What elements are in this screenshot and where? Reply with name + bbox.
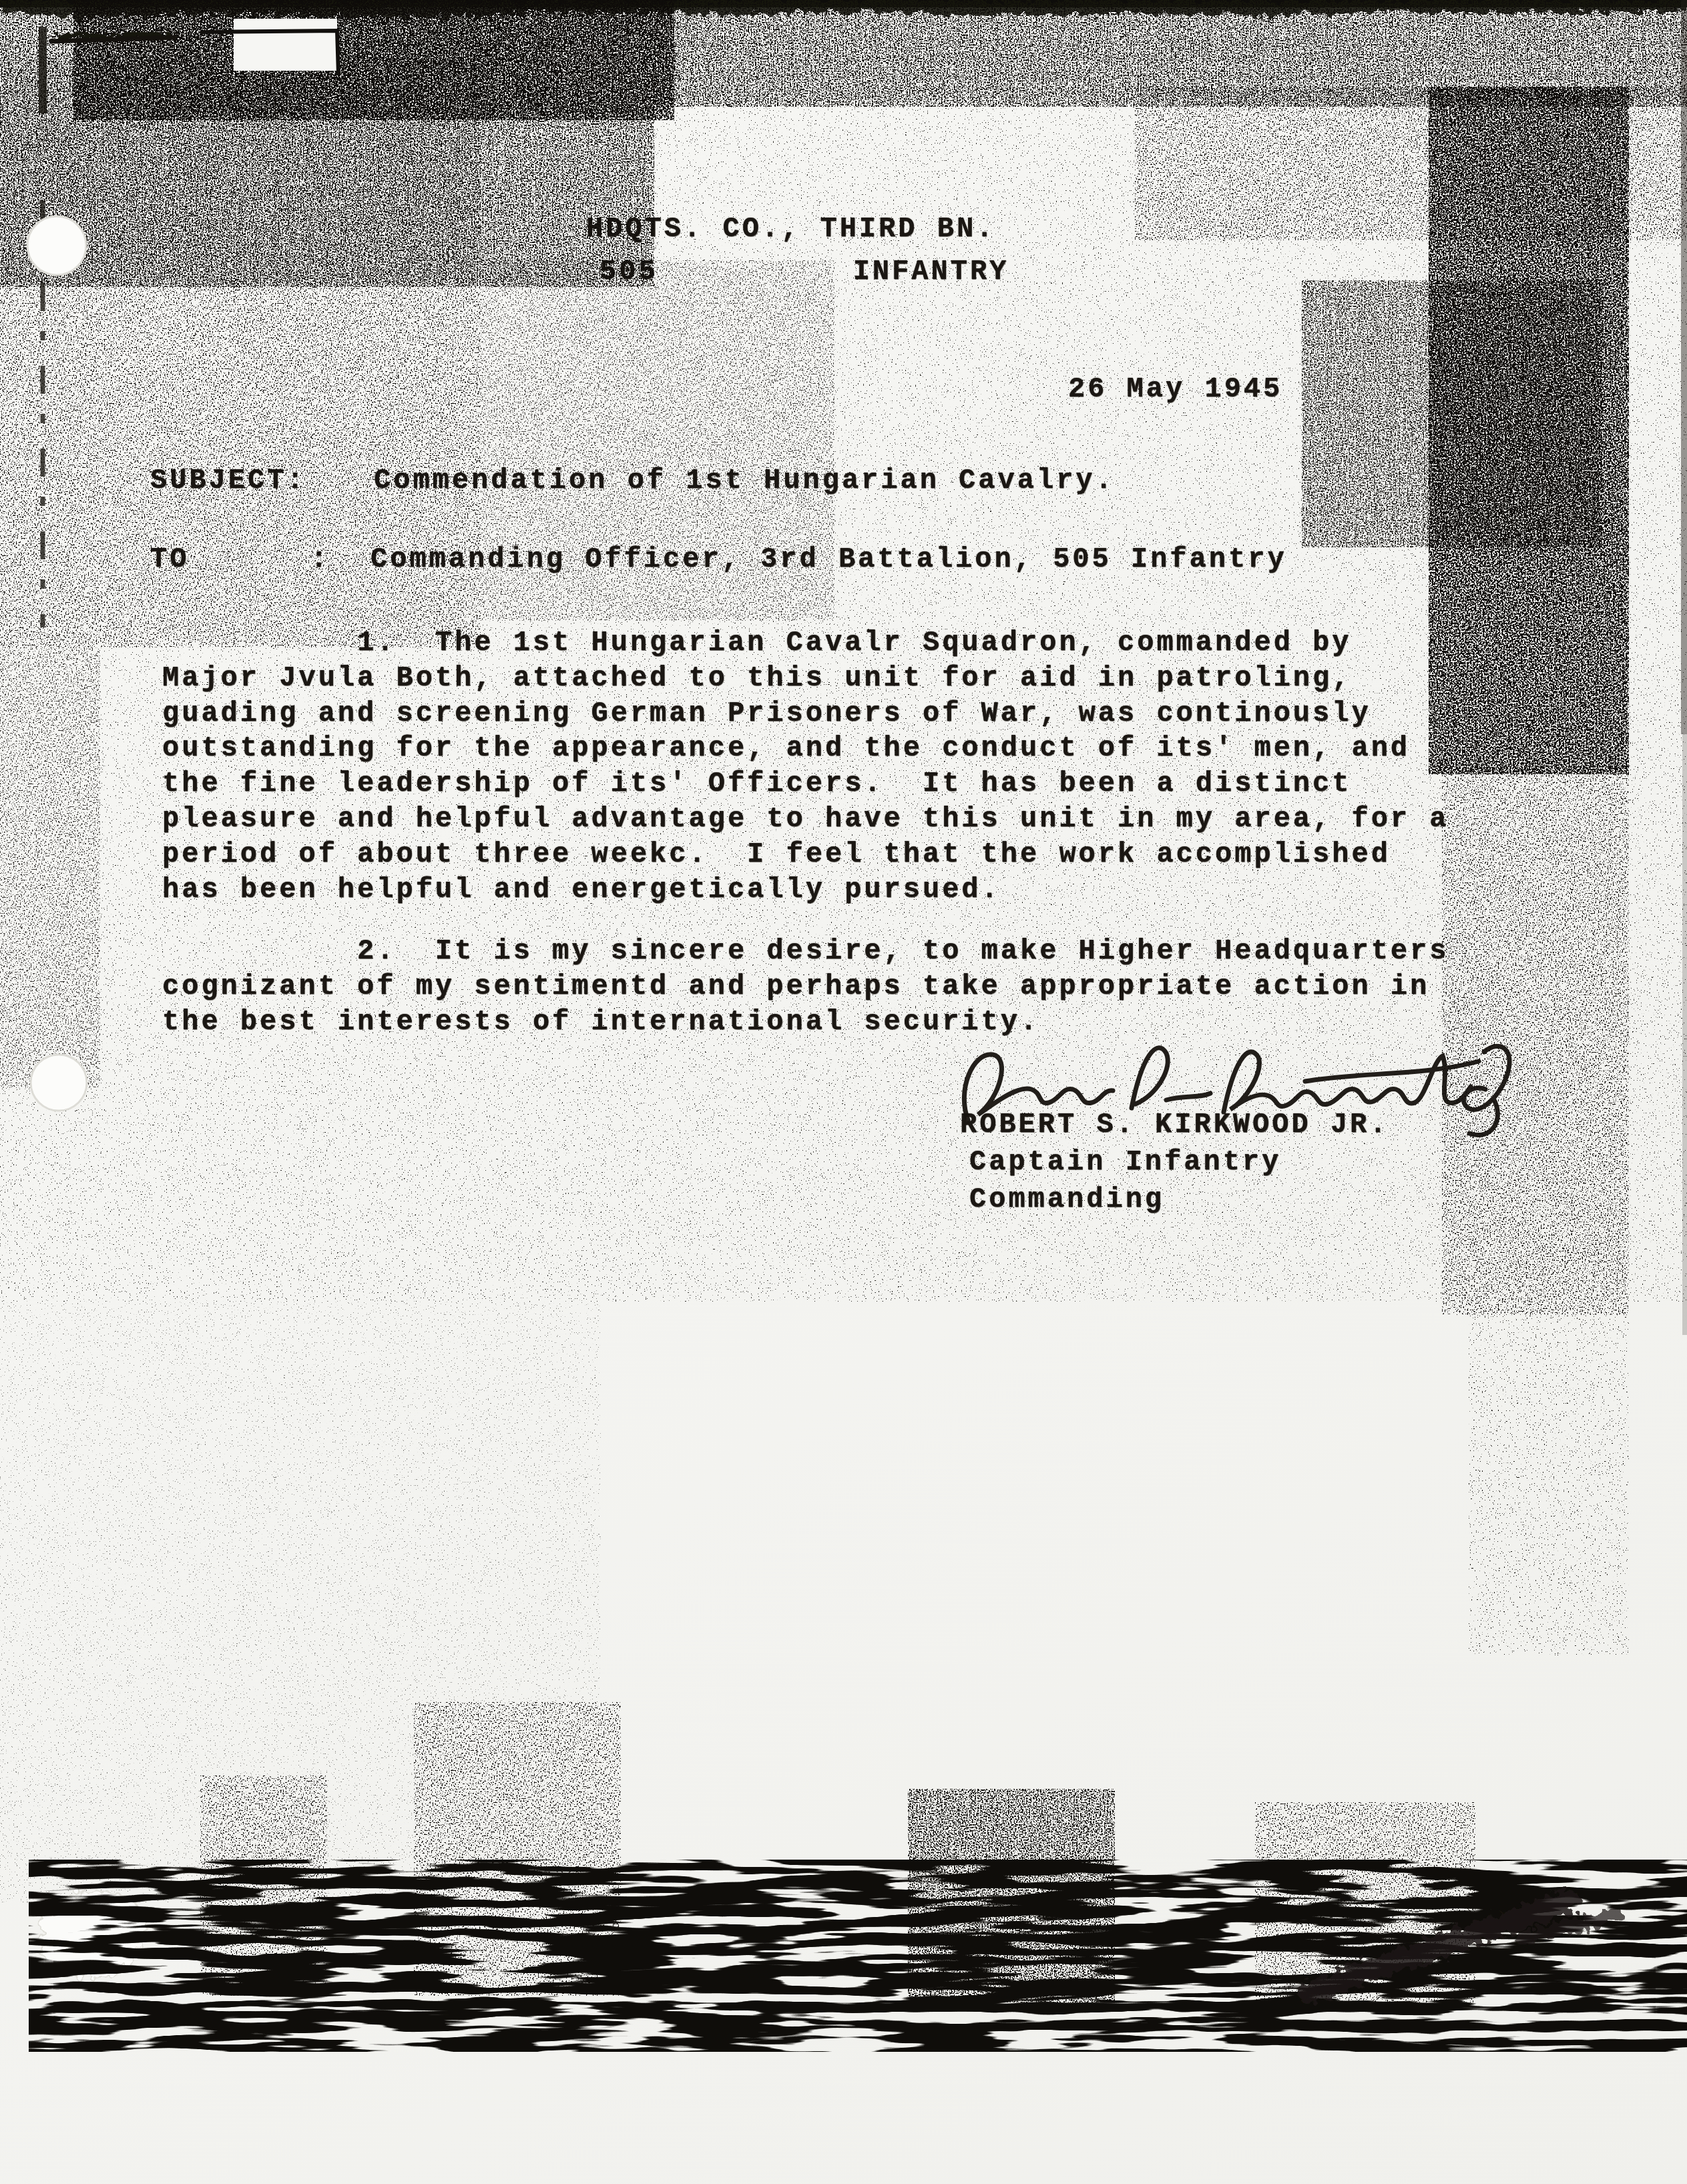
to-colon: :	[310, 543, 330, 576]
punch-hole-top	[27, 216, 86, 275]
to-label: TO	[150, 543, 189, 576]
paragraph-1-line: period of about three weekc. I feel that…	[162, 838, 1449, 873]
paragraph-1-line: 1. The 1st Hungarian Cavalr Squadron, co…	[162, 626, 1449, 661]
paragraph-2-line: cognizant of my sentimentd and perhaps t…	[162, 970, 1449, 1005]
paragraph-1-line: pleasure and helpful advantage to have t…	[162, 802, 1449, 838]
bottom-diagonal-streak-2	[1522, 1914, 1616, 1939]
right-edge-line-fade	[1682, 734, 1687, 1335]
scan-top-edge-ragged	[0, 0, 1687, 19]
scan-top-edge	[0, 0, 1687, 7]
speckle-top-right	[1135, 87, 1687, 240]
speckle-left-margin	[0, 254, 100, 1088]
paragraph-1-line: Major Jvula Both, attached to this unit …	[162, 661, 1449, 697]
white-notch	[234, 19, 337, 71]
subject-label: SUBJECT:	[150, 464, 306, 497]
signature-rank: Captain Infantry	[969, 1145, 1281, 1179]
paragraph-1-line: outstanding for the appearance, and the …	[162, 732, 1449, 767]
struck-out-scribble	[53, 33, 172, 39]
speckle-cluster-4	[1255, 1802, 1475, 2002]
scanned-letter-page: HDQTS. CO., THIRD BN. 505 INFANTRY 26 Ma…	[0, 0, 1687, 2184]
corner-bar	[39, 27, 47, 113]
speckle-top-strip	[73, 0, 674, 120]
date-line: 26 May 1945	[1068, 372, 1282, 406]
bottom-smudge-band	[167, 1896, 1549, 2016]
speckle-top-right-strip	[654, 0, 1687, 107]
white-notch-border	[200, 31, 338, 75]
speckle-right-band-heavy	[1429, 87, 1629, 774]
punch-hole-middle	[31, 1055, 87, 1111]
paragraph-1: 1. The 1st Hungarian Cavalr Squadron, co…	[162, 626, 1449, 908]
subject-text: Commendation of 1st Hungarian Cavalry.	[374, 464, 1115, 497]
bottom-smudge-band-2	[187, 1922, 1522, 1996]
letterhead-line1: HDQTS. CO., THIRD BN.	[586, 212, 995, 246]
letterhead-line2: 505 INFANTRY	[599, 255, 1009, 288]
paragraph-2-line: 2. It is my sincere desire, to make High…	[162, 934, 1449, 970]
grain-lower	[0, 1302, 601, 1902]
speckle-cluster-2	[414, 1702, 621, 1996]
speckle-date-area	[1302, 280, 1602, 547]
speckle-right-band-low	[1469, 1308, 1629, 1655]
bottom-diagonal-streak	[1308, 1901, 1569, 1992]
speckle-top-left	[0, 0, 654, 287]
signature-handwriting	[931, 1020, 1545, 1167]
speckle-cluster-3	[908, 1789, 1115, 2002]
speckle-right-band-med	[1442, 768, 1629, 1315]
speckle-cluster-1	[200, 1776, 327, 1996]
right-edge-line	[1681, 0, 1687, 734]
paragraph-1-line: has been helpful and energetically pursu…	[162, 873, 1449, 908]
signature-typed-name: ROBERT S. KIRKWOOD JR.	[960, 1108, 1389, 1141]
punch-hole-torn	[40, 1891, 146, 1978]
paragraph-1-line: the fine leadership of its' Officers. It…	[162, 767, 1449, 802]
scan-noise-artifacts	[0, 0, 1687, 2184]
paragraph-2: 2. It is my sincere desire, to make High…	[162, 934, 1449, 1040]
strike-line	[49, 37, 177, 41]
signature-title: Commanding	[969, 1183, 1164, 1216]
paragraph-1-line: guading and screening German Prisoners o…	[162, 697, 1449, 732]
paragraph-2-line: the best interests of international secu…	[162, 1005, 1449, 1041]
to-text: Commanding Officer, 3rd Battalion, 505 I…	[371, 543, 1287, 576]
